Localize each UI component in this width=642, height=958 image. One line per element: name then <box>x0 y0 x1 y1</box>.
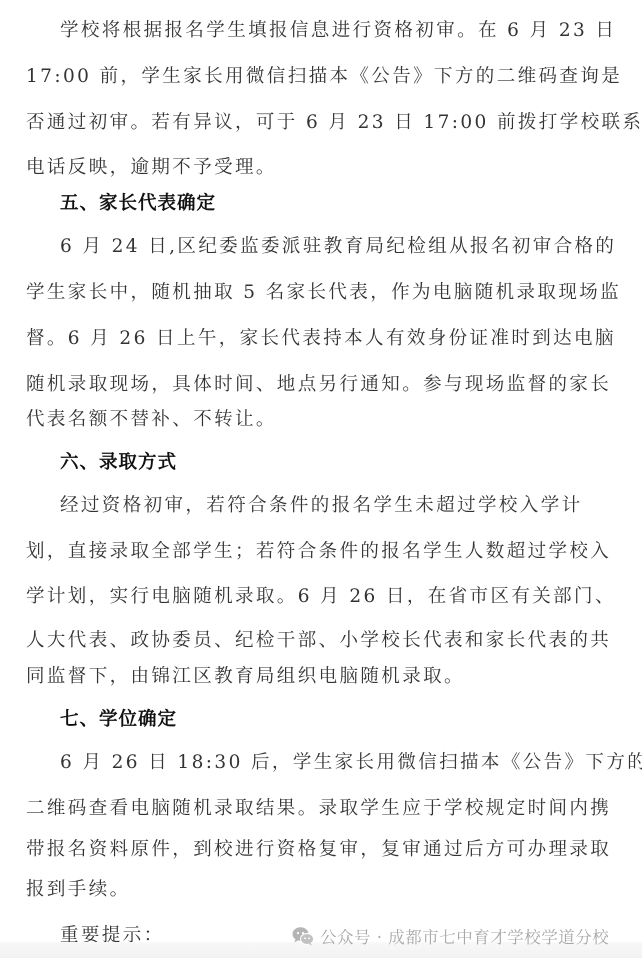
watermark-text: 公众号 · 成都市七中育才学校学道分校 <box>320 924 609 948</box>
section-7-line-2: 二维码查看电脑随机录取结果。录取学生应于学校规定时间内携 <box>26 797 626 821</box>
section-5-line-4: 随机录取现场，具体时间、地点另行通知。参与现场监督的家长 <box>26 373 626 397</box>
paragraph-1-line-4: 电话反映，逾期不予受理。 <box>26 156 626 180</box>
section-6-line-5: 同监督下，由锦江区教育局组织电脑随机录取。 <box>26 665 626 689</box>
section-6-line-3: 学计划，实行电脑随机录取。6 月 26 日，在省市区有关部门、 <box>26 585 626 609</box>
section-5-line-3: 督。6 月 26 日上午，家长代表持本人有效身份证准时到达电脑 <box>26 327 626 351</box>
section-7-line-1: 6 月 26 日 18:30 后，学生家长用微信扫描本《公告》下方的 <box>60 751 642 775</box>
section-5-line-5: 代表名额不替补、不转让。 <box>26 408 626 432</box>
section-5-heading: 五、家长代表确定 <box>60 192 216 216</box>
section-6-line-4: 人大代表、政协委员、纪检干部、小学校长代表和家长代表的共 <box>26 629 626 653</box>
section-6-line-1: 经过资格初审，若符合条件的报名学生未超过学校入学计 <box>60 494 642 518</box>
section-6-line-2: 划，直接录取全部学生；若符合条件的报名学生人数超过学校入 <box>26 540 626 564</box>
paragraph-1-line-1: 学校将根据报名学生填报信息进行资格初审。在 6 月 23 日 <box>60 19 642 43</box>
wechat-icon <box>292 926 314 946</box>
section-5-line-1: 6 月 24 日,区纪委监委派驻教育局纪检组从报名初审合格的 <box>60 235 642 259</box>
paragraph-1-line-2: 17:00 前，学生家长用微信扫描本《公告》下方的二维码查询是 <box>26 65 626 89</box>
section-5-line-2: 学生家长中，随机抽取 5 名家长代表，作为电脑随机录取现场监 <box>26 281 626 305</box>
section-6-heading: 六、录取方式 <box>60 451 177 475</box>
watermark: 公众号 · 成都市七中育才学校学道分校 <box>292 924 609 948</box>
section-7-line-4: 报到手续。 <box>26 878 626 902</box>
paragraph-1-line-3: 否通过初审。若有异议，可于 6 月 23 日 17:00 前拨打学校联系 <box>26 111 626 135</box>
section-7-heading: 七、学位确定 <box>60 708 177 732</box>
section-7-line-3: 带报名资料原件，到校进行资格复审，复审通过后方可办理录取 <box>26 838 626 862</box>
